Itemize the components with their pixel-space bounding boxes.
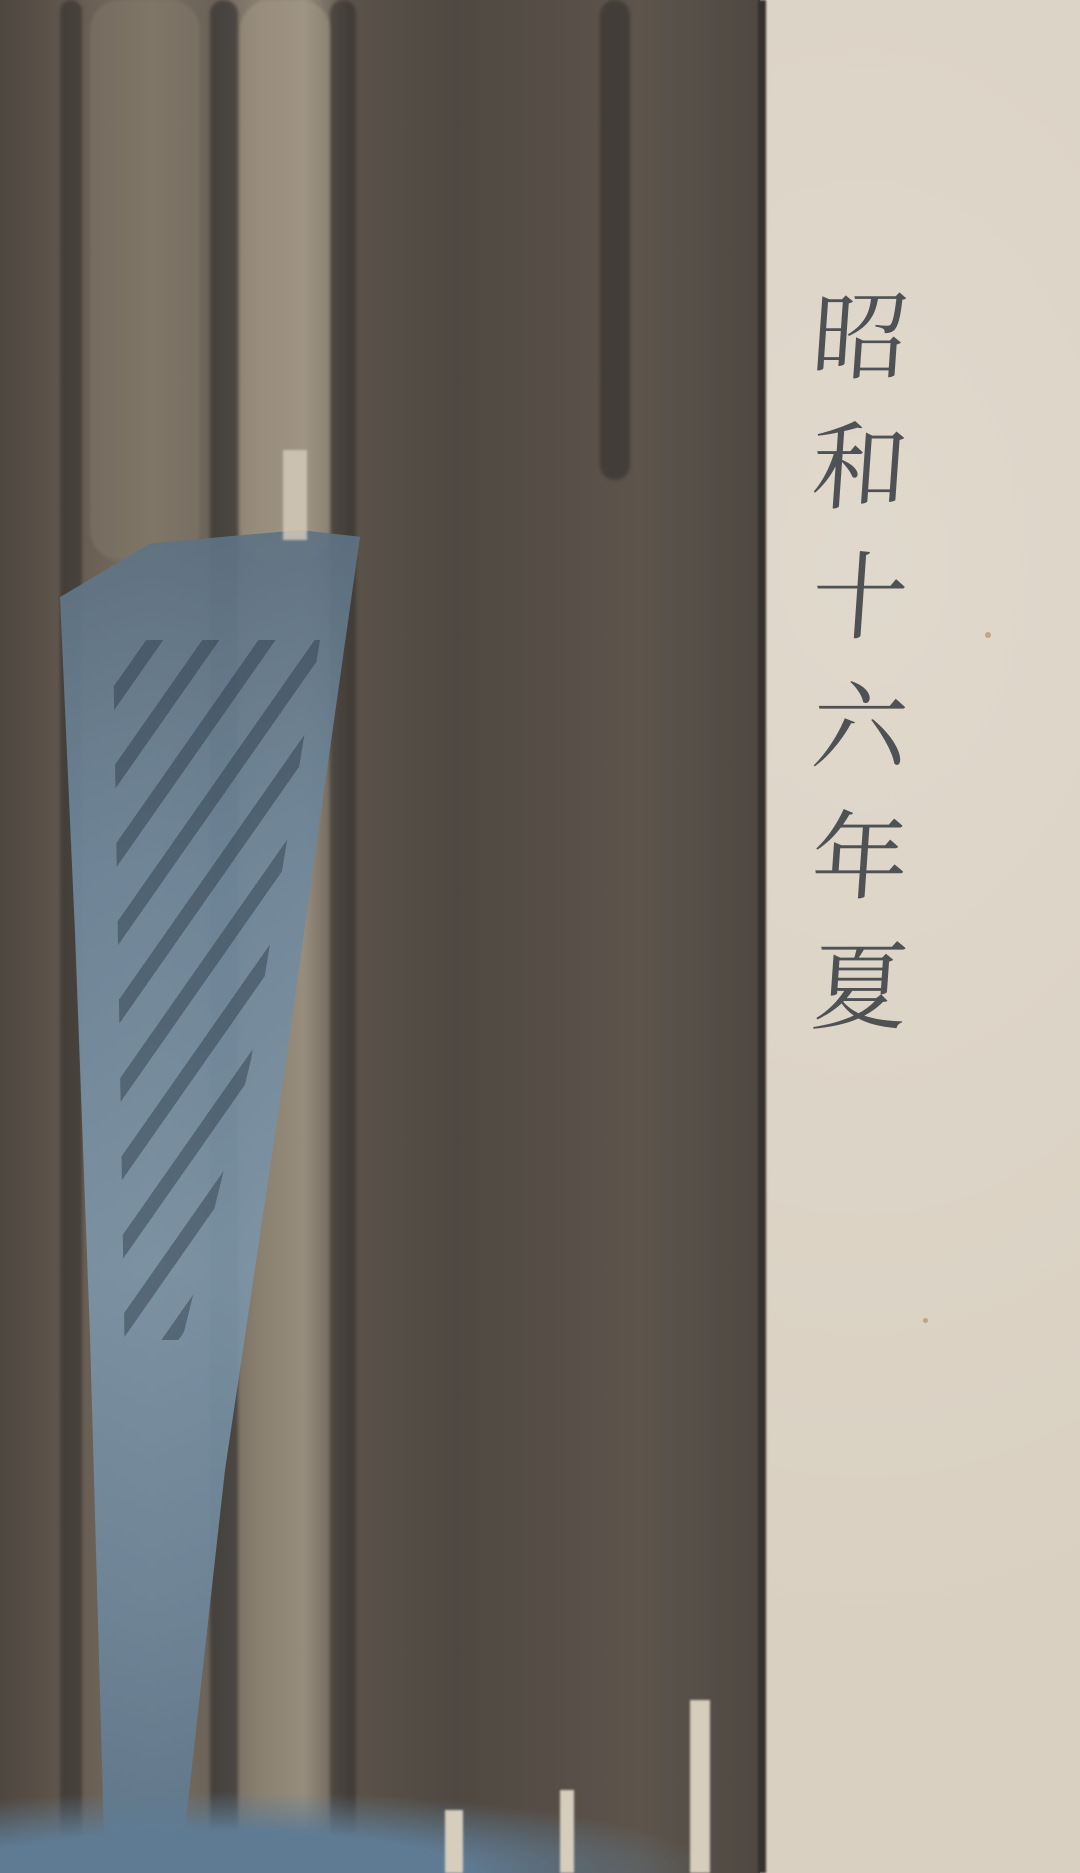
inscription-char: 六 bbox=[809, 680, 912, 776]
blue-bottom-curve bbox=[0, 1790, 720, 1873]
inscription-char: 年 bbox=[809, 810, 912, 906]
paper-gap bbox=[690, 1700, 710, 1873]
light-stroke bbox=[90, 0, 200, 560]
dark-stroke bbox=[330, 0, 356, 1873]
inscription-char: 和 bbox=[809, 420, 912, 516]
paper-gap bbox=[283, 450, 307, 540]
panel-border-line bbox=[758, 0, 766, 1873]
inscription-char: 十 bbox=[809, 550, 912, 646]
foxing-spot bbox=[985, 632, 991, 638]
inscription-char: 夏 bbox=[809, 940, 912, 1036]
dark-stroke bbox=[600, 0, 630, 480]
paper-gap bbox=[445, 1810, 463, 1873]
foxing-spot bbox=[923, 1318, 928, 1323]
paper-gap bbox=[560, 1790, 574, 1873]
inscription: 昭 和 十 六 年 夏 bbox=[790, 290, 930, 1036]
inscription-char: 昭 bbox=[809, 290, 912, 386]
artwork: 昭 和 十 六 年 夏 bbox=[0, 0, 1080, 1873]
printed-panel bbox=[0, 0, 760, 1873]
